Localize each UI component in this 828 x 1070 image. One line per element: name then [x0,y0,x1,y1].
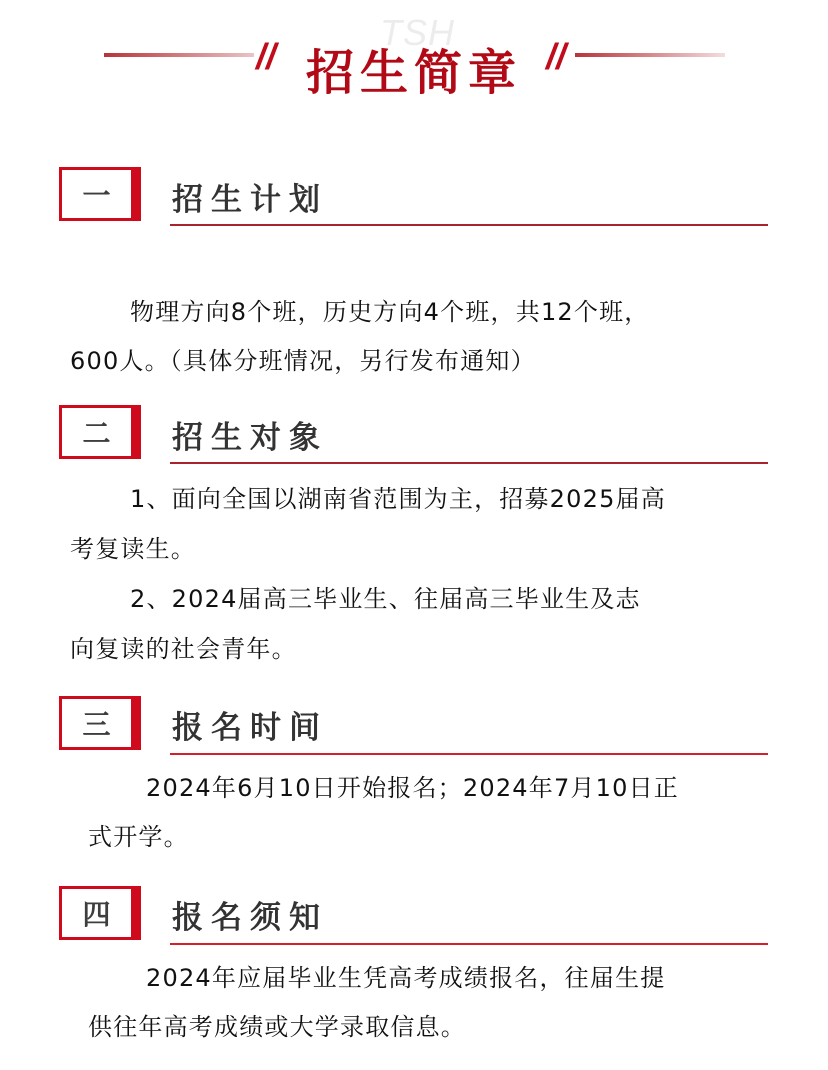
paragraph-line: 式开学。 [88,812,189,862]
section-divider [170,753,768,755]
paragraph-line: 1、面向全国以湖南省范围为主，招募2025届高 [130,474,666,524]
section-number-badge: 一 [59,167,141,221]
paragraph-line: 供往年高考成绩或大学录取信息。 [88,1002,466,1052]
section-number-badge: 三 [59,696,141,750]
section-number-badge: 四 [59,886,141,940]
section-title: 报名须知 [172,892,328,937]
paragraph-line: 2024年应届毕业生凭高考成绩报名，往届生提 [146,953,665,1003]
paragraph-line: 2024年6月10日开始报名；2024年7月10日正 [146,763,679,813]
section-title: 报名时间 [172,702,328,747]
page-title: 招生简章 [306,34,522,103]
paragraph-line: 600人。（具体分班情况，另行发布通知） [70,336,536,386]
paragraph-line: 向复读的社会青年。 [70,624,297,674]
header-divider-left [104,53,254,57]
section-divider [170,224,768,226]
slash-decoration-right: // [546,36,566,78]
header-divider-right [575,53,725,57]
section-divider [170,943,768,945]
paragraph-line: 2、2024届高三毕业生、往届高三毕业生及志 [130,574,641,624]
paragraph-line: 考复读生。 [70,524,196,574]
section-title: 招生对象 [172,412,328,457]
section-divider [170,462,768,464]
paragraph-line: 物理方向8个班，历史方向4个班，共12个班， [130,287,649,337]
section-number-badge: 二 [59,405,141,459]
section-title: 招生计划 [172,174,328,219]
slash-decoration-left: // [256,36,276,78]
